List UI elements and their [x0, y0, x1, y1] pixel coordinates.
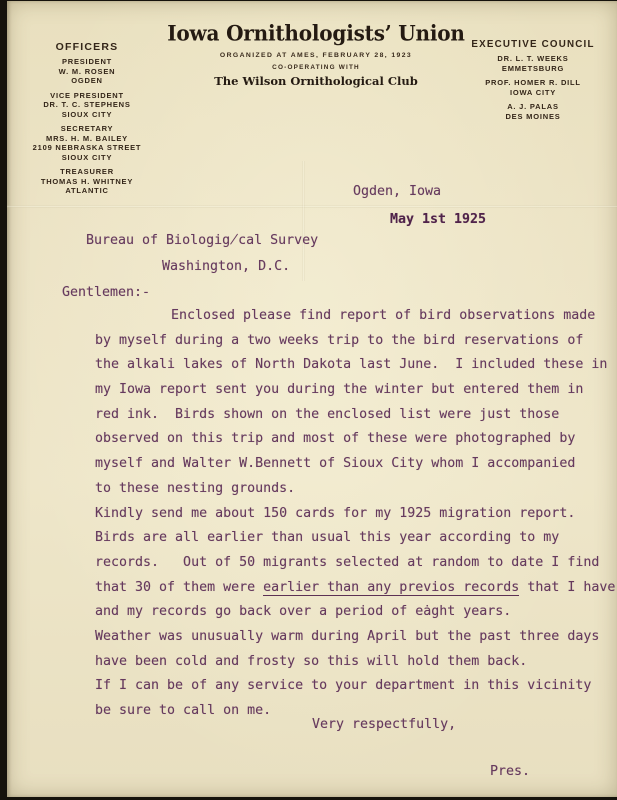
letter-body: Enclosed please find report of bird obse… [95, 308, 615, 728]
letter-line: records. Out of 50 migrants selected at … [95, 555, 615, 580]
salutation: Gentlemen:- [62, 285, 150, 300]
fold-crease-vertical [302, 161, 305, 281]
letterhead-entry-line: A. J. PALAS [465, 102, 601, 112]
letterhead-entry: PRESIDENTW. M. ROSENOGDEN [21, 57, 153, 86]
officers-title: OFFICERS [21, 41, 153, 53]
body-text: that I have [519, 580, 615, 595]
letter-line: have been cold and frosty so this will h… [95, 654, 615, 679]
letter-line: myself and Walter W.Bennett of Sioux Cit… [95, 456, 615, 481]
letterhead-entry-line: TREASURER [21, 167, 153, 177]
organized-line: ORGANIZED AT AMES, FEBRUARY 28, 1923 [156, 52, 476, 59]
signature-title: Pres. [490, 764, 530, 779]
letter-line: that 30 of them were earlier than any pr… [95, 580, 615, 605]
letter-line: my Iowa report sent you during the winte… [95, 382, 615, 407]
letter-line: Birds are all earlier than usual this ye… [95, 530, 615, 555]
letter-paper: OFFICERS PRESIDENTW. M. ROSENOGDENVICE P… [7, 1, 617, 797]
letterhead-entry-line: SECRETARY [21, 124, 153, 134]
body-text: myself and Walter W.Bennett of Sioux Cit… [95, 456, 575, 471]
letter-line: Weather was unusually warm during April … [95, 629, 615, 654]
letterhead-entry-line: SIOUX CITY [21, 110, 153, 120]
body-text: If I can be of any service to your depar… [95, 678, 591, 693]
letterhead-entry: DR. L. T. WEEKSEMMETSBURG [465, 54, 601, 73]
body-text: Kindly send me about 150 cards for my 19… [95, 506, 575, 521]
letterhead-entry-line: DR. L. T. WEEKS [465, 54, 601, 64]
cooperating-line: CO-OPERATING WITH [156, 64, 476, 71]
letterhead-entry-line: DR. T. C. STEPHENS [21, 100, 153, 110]
letterhead-entry: TREASURERTHOMAS H. WHITNEYATLANTIC [21, 167, 153, 196]
letter-line: red ink. Birds shown on the enclosed lis… [95, 407, 615, 432]
letter-line: the alkali lakes of North Dakota last Ju… [95, 357, 615, 382]
letterhead-entry-line: OGDEN [21, 76, 153, 86]
body-text: to these nesting grounds. [95, 481, 295, 496]
officers-block: OFFICERS PRESIDENTW. M. ROSENOGDENVICE P… [21, 41, 153, 201]
letterhead-entry-line: MRS. H. M. BAILEY [21, 134, 153, 144]
letterhead-entry-line: THOMAS H. WHITNEY [21, 177, 153, 187]
place-line: Ogden, Iowa [353, 184, 441, 199]
letterhead-entry-line: 2109 NEBRASKA STREET [21, 143, 153, 153]
letter-line: observed on this trip and most of these … [95, 431, 615, 456]
body-text: be sure to call on me. [95, 703, 271, 718]
letterhead-entry-line: PROF. HOMER R. DILL [465, 78, 601, 88]
letterhead-entry: PROF. HOMER R. DILLIOWA CITY [465, 78, 601, 97]
fold-crease-horizontal [7, 205, 617, 208]
letterhead-entry: A. J. PALASDES MOINES [465, 102, 601, 121]
body-text: that 30 of them were [95, 580, 263, 595]
letterhead-entry-line: IOWA CITY [465, 88, 601, 98]
council-title: EXECUTIVE COUNCIL [465, 39, 601, 50]
council-block: EXECUTIVE COUNCIL DR. L. T. WEEKSEMMETSB… [465, 39, 601, 126]
officers-entries: PRESIDENTW. M. ROSENOGDENVICE PRESIDENTD… [21, 57, 153, 196]
letterhead-center: Iowa Ornithologists’ Union ORGANIZED AT … [156, 21, 476, 88]
letter-line: Kindly send me about 150 cards for my 19… [95, 506, 615, 531]
body-text: my Iowa report sent you during the winte… [95, 382, 583, 397]
body-text: the alkali lakes of North Dakota last Ju… [95, 357, 607, 372]
body-text: records. Out of 50 migrants selected at … [95, 555, 599, 570]
body-text: red ink. Birds shown on the enclosed lis… [95, 407, 559, 422]
letter-line: to these nesting grounds. [95, 481, 615, 506]
organization-name: Iowa Ornithologists’ Union [156, 20, 476, 46]
body-text: Enclosed please find report of bird obse… [171, 308, 595, 323]
closing-line: Very respectfully, [312, 717, 456, 732]
letterhead-entry: SECRETARYMRS. H. M. BAILEY2109 NEBRASKA … [21, 124, 153, 162]
letterhead-entry-line: VICE PRESIDENT [21, 91, 153, 101]
letterhead-entry-line: W. M. ROSEN [21, 67, 153, 77]
body-text: have been cold and frosty so this will h… [95, 654, 527, 669]
letter-line: and my records go back over a period of … [95, 604, 615, 629]
body-text: by myself during a two weeks trip to the… [95, 333, 583, 348]
body-text: and my records go back over a period of … [95, 604, 511, 619]
body-text: Birds are all earlier than usual this ye… [95, 530, 559, 545]
letterhead-entry-line: EMMETSBURG [465, 64, 601, 74]
underlined-text: earlier than any previos records [263, 580, 519, 597]
body-text: observed on this trip and most of these … [95, 431, 575, 446]
letter-line: If I can be of any service to your depar… [95, 678, 615, 703]
council-entries: DR. L. T. WEEKSEMMETSBURGPROF. HOMER R. … [465, 54, 601, 121]
date-line: May 1st 1925 [390, 212, 486, 227]
letterhead-entry-line: DES MOINES [465, 112, 601, 122]
letterhead-entry-line: SIOUX CITY [21, 153, 153, 163]
letter-line: by myself during a two weeks trip to the… [95, 333, 615, 358]
recipient-line-1: Bureau of Biologig̸cal Survey [86, 233, 318, 248]
club-name: The Wilson Ornithological Club [156, 74, 476, 88]
letterhead-entry: VICE PRESIDENTDR. T. C. STEPHENSSIOUX CI… [21, 91, 153, 120]
recipient-line-2: Washington, D.C. [162, 259, 290, 274]
body-text: Weather was unusually warm during April … [95, 629, 599, 644]
letter-line: Enclosed please find report of bird obse… [95, 308, 615, 333]
letterhead-entry-line: ATLANTIC [21, 186, 153, 196]
letterhead-entry-line: PRESIDENT [21, 57, 153, 67]
